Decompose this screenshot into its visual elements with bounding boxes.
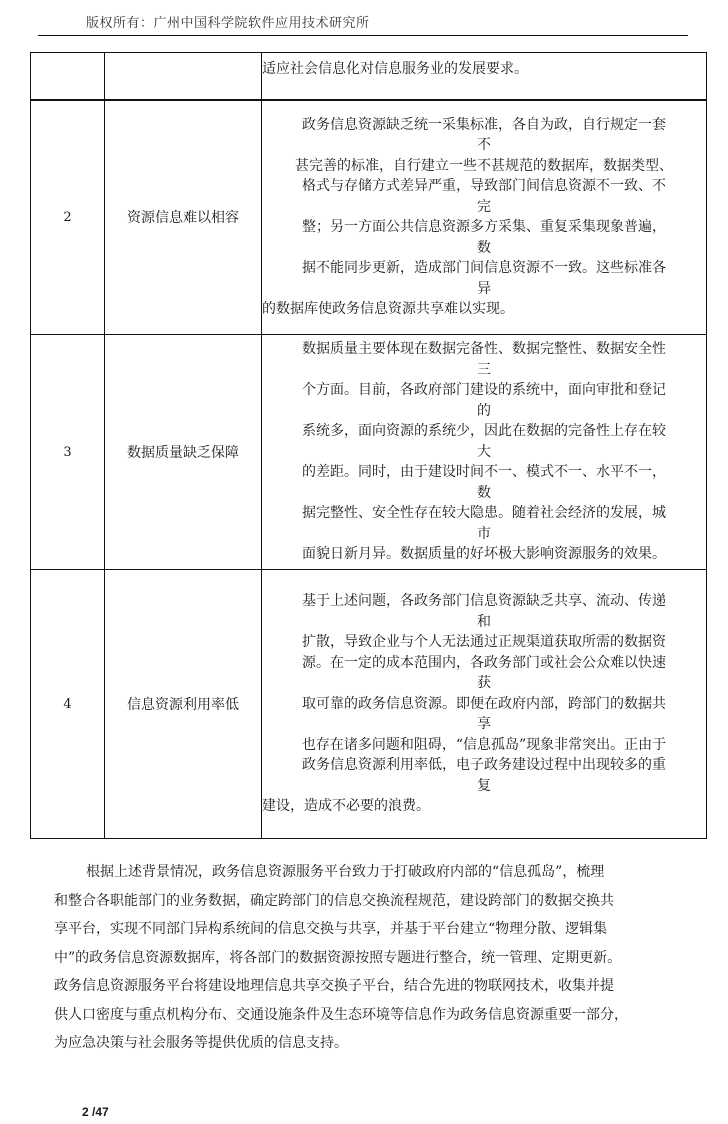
description-line: 数据质量主要体现在数据完备性、数据完整性、数据安全性	[262, 339, 706, 360]
description-line: 的数据库使政务信息资源共享难以实现。	[262, 299, 706, 320]
description-line: 不	[262, 135, 706, 156]
description-line: 整；另一方面公共信息资源多方采集、重复采集现象普遍，	[262, 217, 706, 238]
description-line: 的差距。同时，由于建设时间不一、模式不一、水平不一，	[262, 462, 706, 483]
description-line: 完	[262, 197, 706, 218]
description-line: 的	[262, 401, 706, 422]
table-row: 3数据质量缺乏保障数据质量主要体现在数据完备性、数据完整性、数据安全性三个方面。…	[31, 335, 707, 570]
description-line: 政务信息资源利用率低，电子政务建设过程中出现较多的重	[262, 755, 706, 776]
problem-description: 适应社会信息化对信息服务业的发展要求。	[262, 53, 707, 100]
problem-description: 数据质量主要体现在数据完备性、数据完整性、数据安全性三个方面。目前，各政府部门建…	[262, 335, 707, 570]
problem-title	[105, 53, 262, 100]
body-paragraph: 根据上述背景情况，政务信息资源服务平台致力于打破政府内部的“信息孤岛”，梳理和整…	[54, 858, 704, 1058]
page-number: 2 /47	[82, 1105, 109, 1119]
problem-title: 信息资源利用率低	[105, 570, 262, 839]
description-line: 据不能同步更新，造成部门间信息资源不一致。这些标准各	[262, 258, 706, 279]
description-line: 基于上述问题，各政务部门信息资源缺乏共享、流动、传递	[262, 591, 706, 612]
table-row: 4信息资源利用率低基于上述问题，各政务部门信息资源缺乏共享、流动、传递和扩散，导…	[31, 570, 707, 839]
problem-description: 政务信息资源缺乏统一采集标准，各自为政，自行规定一套不甚完善的标准，自行建立一些…	[262, 100, 707, 335]
body-line: 供人口密度与重点机构分布、交通设施条件及生态环境等信息作为政务信息资源重要一部分…	[54, 1001, 704, 1030]
description-line: 数	[262, 483, 706, 504]
description-line: 也存在诸多问题和阻碍，“信息孤岛”现象非常突出。正由于	[262, 735, 706, 756]
body-line: 享平台，实现不同部门异构系统间的信息交换与共享，并基于平台建立“物理分散、逻辑集	[54, 915, 704, 944]
description-line: 享	[262, 714, 706, 735]
description-line: 获	[262, 673, 706, 694]
row-number: 3	[31, 335, 105, 570]
page-header: 版权所有：广州中国科学院软件应用技术研究所	[86, 12, 370, 31]
description-line: 据完整性、安全性存在较大隐患。随着社会经济的发展，城	[262, 503, 706, 524]
table-row: 2资源信息难以相容政务信息资源缺乏统一采集标准，各自为政，自行规定一套不甚完善的…	[31, 100, 707, 335]
description-line: 数	[262, 238, 706, 259]
body-line: 政务信息资源服务平台将建设地理信息共享交换子平台，结合先进的物联网技术，收集并提	[54, 972, 704, 1001]
description-line: 异	[262, 279, 706, 300]
description-line: 格式与存储方式差异严重，导致部门间信息资源不一致、不	[262, 176, 706, 197]
description-line: 个方面。目前，各政府部门建设的系统中，面向审批和登记	[262, 380, 706, 401]
description-line: 源。在一定的成本范围内，各政务部门或社会公众难以快速	[262, 653, 706, 674]
description-line: 面貌日新月异。数据质量的好坏极大影响资源服务的效果。	[262, 544, 706, 565]
description-line: 系统多，面向资源的系统少，因此在数据的完备性上存在较	[262, 421, 706, 442]
description-line: 政务信息资源缺乏统一采集标准，各自为政，自行规定一套	[262, 115, 706, 136]
body-line: 中”的政务信息资源数据库，将各部门的数据资源按照专题进行整合，统一管理、定期更新…	[54, 944, 704, 973]
header-divider	[38, 35, 688, 36]
description-line: 复	[262, 776, 706, 797]
description-line: 建设，造成不必要的浪费。	[262, 796, 706, 817]
description-line: 适应社会信息化对信息服务业的发展要求。	[262, 59, 706, 80]
body-line: 和整合各职能部门的业务数据，确定跨部门的信息交换流程规范，建设跨部门的数据交换共	[54, 887, 704, 916]
body-line: 根据上述背景情况，政务信息资源服务平台致力于打破政府内部的“信息孤岛”，梳理	[54, 858, 704, 887]
table-row: 适应社会信息化对信息服务业的发展要求。	[31, 53, 707, 100]
body-line: 为应急决策与社会服务等提供优质的信息支持。	[54, 1029, 704, 1058]
description-line: 市	[262, 524, 706, 545]
description-line: 三	[262, 360, 706, 381]
description-line: 甚完善的标准，自行建立一些不甚规范的数据库，数据类型、	[262, 156, 706, 177]
description-line: 取可靠的政务信息资源。即便在政府内部，跨部门的数据共	[262, 694, 706, 715]
row-number: 2	[31, 100, 105, 335]
row-number: 4	[31, 570, 105, 839]
problem-description: 基于上述问题，各政务部门信息资源缺乏共享、流动、传递和扩散，导致企业与个人无法通…	[262, 570, 707, 839]
description-line: 大	[262, 442, 706, 463]
problem-title: 资源信息难以相容	[105, 100, 262, 335]
problem-title: 数据质量缺乏保障	[105, 335, 262, 570]
row-number	[31, 53, 105, 100]
problems-table: 适应社会信息化对信息服务业的发展要求。2资源信息难以相容政务信息资源缺乏统一采集…	[30, 52, 707, 839]
description-line: 和	[262, 612, 706, 633]
description-line: 扩散，导致企业与个人无法通过正规渠道获取所需的数据资	[262, 632, 706, 653]
